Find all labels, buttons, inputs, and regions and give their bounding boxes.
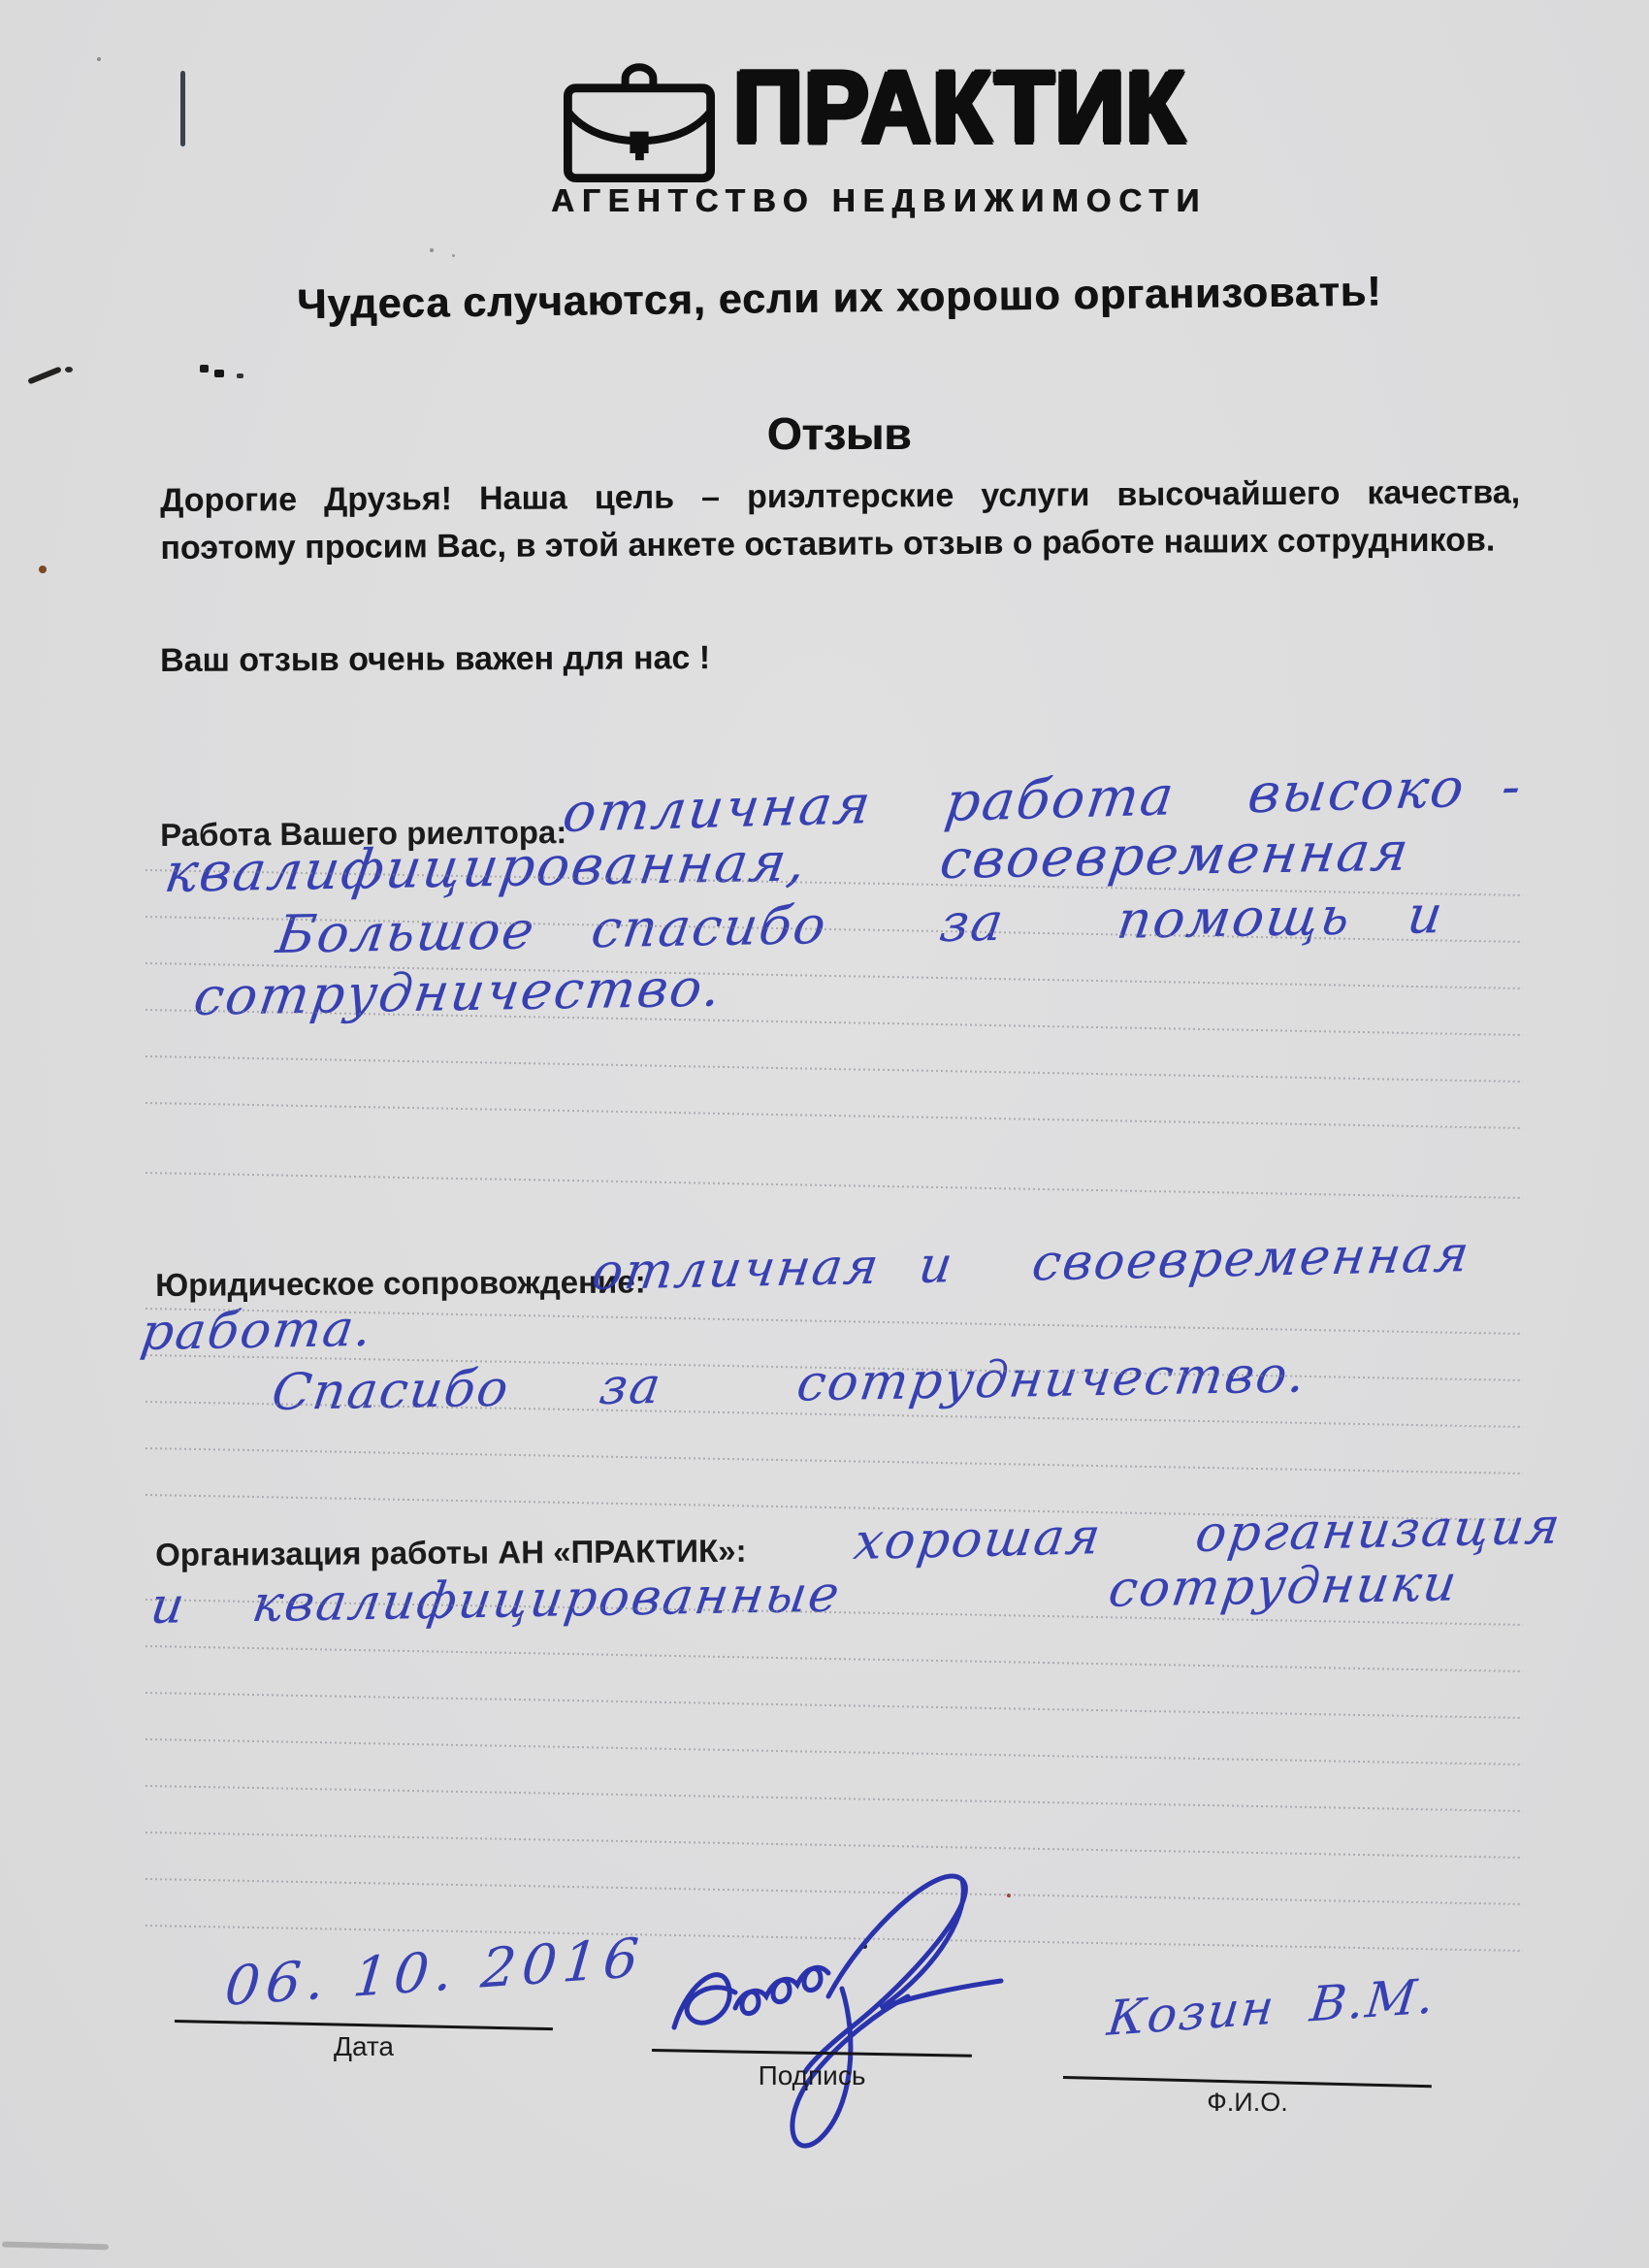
scan-artifact — [452, 254, 455, 257]
question-label-legal: Юридическое сопровождение: — [155, 1263, 646, 1304]
date-line — [175, 2020, 553, 2030]
ruled-dotted-line — [145, 1645, 1523, 1672]
name-label: Ф.И.О. — [1063, 2088, 1432, 2118]
name-line — [1063, 2076, 1432, 2088]
scan-artifact — [27, 366, 62, 384]
slogan: Чудеса случаются, если их хорошо организ… — [155, 267, 1523, 331]
note-line: Ваш отзыв очень важен для нас ! — [160, 639, 710, 680]
scan-artifact — [430, 248, 434, 252]
ruled-dotted-line — [145, 1055, 1523, 1083]
handwritten-answer-line: Спасибо за сотрудничество. — [269, 1345, 1311, 1422]
brand-name: ПРАКТИК — [733, 49, 1186, 165]
handwritten-answer-line: отличная и своевременная — [589, 1225, 1474, 1302]
ruled-dotted-line — [145, 1692, 1523, 1719]
scan-artifact — [65, 367, 73, 373]
ruled-dotted-line — [145, 1831, 1523, 1859]
ruled-dotted-line — [145, 1785, 1523, 1812]
ruled-dotted-line — [145, 1172, 1523, 1199]
briefcase-icon — [543, 60, 735, 184]
handwritten-name: Козин В.М. — [1105, 1968, 1439, 2047]
signature-label: Подпись — [652, 2060, 972, 2091]
page-title: Отзыв — [160, 407, 1518, 460]
ruled-dotted-line — [145, 1102, 1523, 1129]
scan-artifact — [2, 2242, 109, 2251]
scan-artifact — [180, 71, 185, 146]
scan-artifact — [237, 373, 243, 378]
handwritten-signature — [621, 1872, 1077, 2173]
brand-subtitle: АГЕНТСТВО НЕДВИЖИМОСТИ — [539, 182, 1218, 219]
scan-artifact — [200, 365, 209, 373]
ruled-dotted-line — [145, 1447, 1523, 1474]
handwritten-date: 06. 10. 2016 — [222, 1927, 647, 2019]
scanned-feedback-form: ПРАКТИК АГЕНТСТВО НЕДВИЖИМОСТИ Чудеса сл… — [0, 0, 1649, 2268]
scan-artifact — [214, 370, 224, 377]
question-label-agency: Организация работы АН «ПРАКТИК»: — [155, 1533, 747, 1573]
scan-artifact — [39, 566, 47, 573]
date-label: Дата — [175, 2031, 553, 2062]
scan-artifact — [97, 57, 101, 61]
intro-paragraph: Дорогие Друзья! Наша цель – риэлтерские … — [160, 469, 1521, 572]
ruled-dotted-line — [145, 1738, 1523, 1766]
